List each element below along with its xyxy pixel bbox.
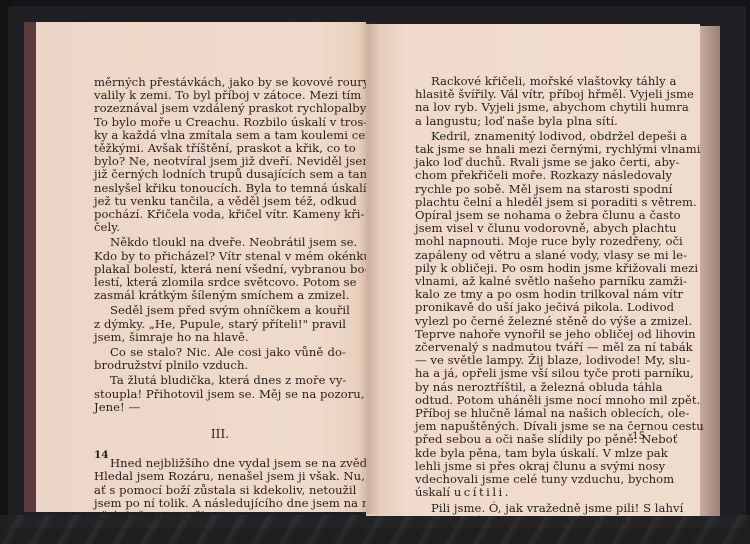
text-line: rychle po sobě. Měl jsem na starosti spo… bbox=[415, 183, 654, 196]
text-line: brodružství plnilo vzduch. bbox=[94, 359, 346, 372]
page-number: 14 bbox=[94, 449, 109, 461]
text-line: kde byla pěna, tam byla úskalí. V mlze p… bbox=[415, 447, 654, 460]
text-line: již úplně zapomněl. bbox=[94, 510, 346, 523]
book-gutter bbox=[358, 22, 380, 514]
left-page-text: měrných přestávkách, jako by se kovové r… bbox=[94, 76, 346, 523]
right-page: Rackové křičeli, mořské vlaštovky táhly … bbox=[366, 24, 700, 516]
emphasized-word: ucítili. bbox=[454, 485, 511, 499]
text-line: zapáleny od větru a slané vody, vlasy se… bbox=[415, 249, 654, 262]
text-line: Pili jsme. Ó, jak vražedně jsme pili! S … bbox=[415, 502, 654, 515]
text-line: Ta žlutá bludička, která dnes z moře vy- bbox=[94, 374, 346, 387]
text-line: Kdo by to přicházel? Vítr stenal v mém o… bbox=[94, 250, 346, 263]
paragraph: měrných přestávkách, jako by se kovové r… bbox=[94, 76, 346, 234]
text-line: chom překřičeli moře. Rozkazy následoval… bbox=[415, 169, 654, 182]
text-line: a langustu; loď naše byla plna sítí. bbox=[415, 115, 654, 128]
page-number: 15 bbox=[632, 430, 645, 442]
paragraph: Kedril, znamenitý lodivod, obdržel depeš… bbox=[415, 130, 654, 500]
paragraph: Hned nejbližšího dne vydal jsem se na zv… bbox=[94, 457, 346, 523]
text-line: pochází. Křičela voda, křičel vítr. Kame… bbox=[94, 208, 346, 221]
text-line: stoupla! Přihotovil jsem se. Měj se na p… bbox=[94, 388, 346, 401]
text-line: úskalí ucítili. bbox=[415, 486, 654, 499]
paragraph: Pili jsme. Ó, jak vražedně jsme pili! S … bbox=[415, 502, 654, 528]
text-line: Seděl jsem před svým ohníčkem a kouřil bbox=[94, 304, 346, 317]
text-line: zasmál krátkým šíleným smíchem a zmizel. bbox=[94, 289, 346, 302]
text-line: by nás neroztříštil, a železná obluda tá… bbox=[415, 381, 654, 394]
text-line: v ruce potáceli jsme se podél stěn a pil… bbox=[415, 515, 654, 528]
text-line: rozeznával jsem vzdálený praskot rychlop… bbox=[94, 102, 346, 115]
text-line: na lov ryb. Vyjeli jsme, abychom chytili… bbox=[415, 101, 654, 114]
text-line: ha a já, opřeli jsme vší silou tyče prot… bbox=[415, 367, 654, 380]
text-line: neslyšel křiku tonoucích. Byla to temná … bbox=[94, 182, 346, 195]
text-line: pronikavě do uší jako ječivá pikola. Lod… bbox=[415, 301, 654, 314]
text-line: Hledal jsem Rozáru, nenašel jsem ji však… bbox=[94, 470, 346, 483]
paragraph: Co se stalo? Nic. Ale cosi jako vůně do-… bbox=[94, 346, 346, 372]
text-line: vylezl po černé železné stěně do výše a … bbox=[415, 315, 654, 328]
chapter-heading: III. bbox=[94, 428, 346, 441]
text-fragment: úskalí bbox=[415, 485, 454, 499]
paragraph: Seděl jsem před svým ohníčkem a kouřil z… bbox=[94, 304, 346, 344]
paragraph: Ta žlutá bludička, která dnes z moře vy-… bbox=[94, 374, 346, 414]
right-page-text: Rackové křičeli, mořské vlaštovky táhly … bbox=[415, 75, 654, 528]
text-line: jsem, šimraje ho na hlavě. bbox=[94, 331, 346, 344]
text-line: čely. bbox=[94, 221, 346, 234]
text-line: To bylo moře u Creachu. Rozbilo úskalí v… bbox=[94, 116, 346, 129]
text-line: ať s pomocí boží zůstala si kdekoliv, ne… bbox=[94, 484, 346, 497]
paragraph: Rackové křičeli, mořské vlaštovky táhly … bbox=[415, 75, 654, 128]
text-line: z dýmky. „He, Pupule, starý příteli!" pr… bbox=[94, 318, 346, 331]
text-line: Někdo tloukl na dveře. Neobrátil jsem se… bbox=[94, 236, 346, 249]
text-line: Jene! — bbox=[94, 401, 346, 414]
text-line: mohl napnouti. Moje ruce byly rozedřeny,… bbox=[415, 235, 654, 248]
page-edge-right bbox=[700, 26, 720, 516]
text-line: před sebou a oči naše slídily po pěně. N… bbox=[415, 433, 654, 446]
left-page: měrných přestávkách, jako by se kovové r… bbox=[36, 22, 366, 512]
text-line: již černých lodních trupů dusajících sem… bbox=[94, 168, 346, 181]
paragraph: Někdo tloukl na dveře. Neobrátil jsem se… bbox=[94, 236, 346, 302]
